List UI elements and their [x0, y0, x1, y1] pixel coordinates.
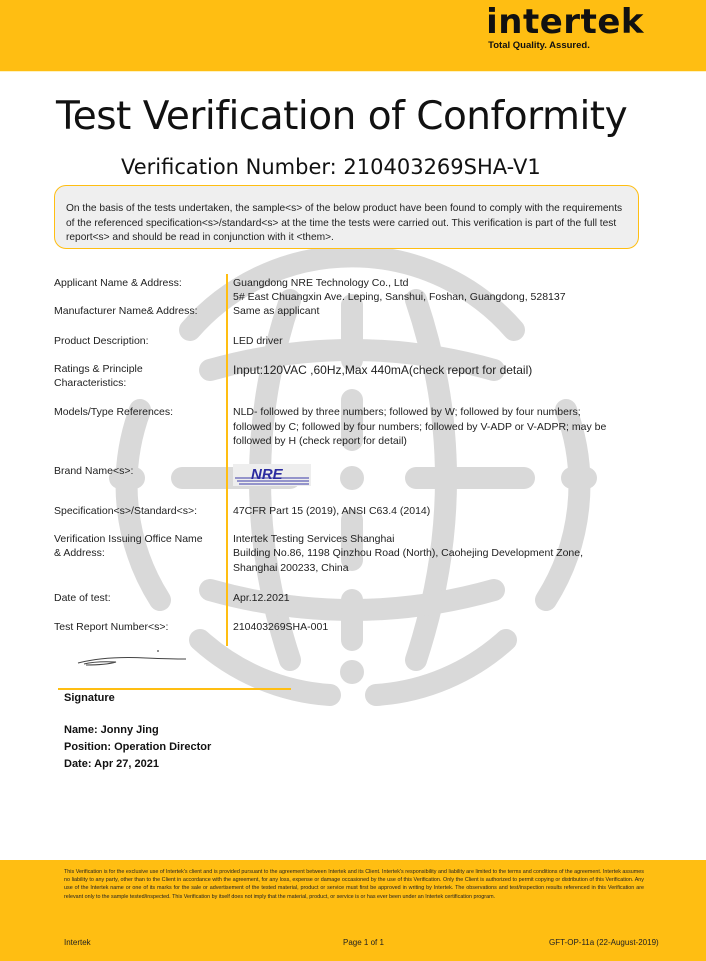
date-label: Date of test: [54, 591, 111, 605]
report-value: 210403269SHA-001 [233, 620, 653, 634]
svg-text:NRE: NRE [251, 466, 284, 483]
verification-number: Verification Number: 210403269SHA-V1 [121, 155, 541, 179]
header-divider [0, 71, 706, 72]
office-name: Intertek Testing Services Shanghai [233, 532, 653, 546]
brand-label: Brand Name<s>: [54, 464, 133, 478]
signature-scribble-icon [76, 648, 196, 668]
page-number: Page 1 of 1 [343, 938, 384, 947]
models-line-2: followed by C; followed by four numbers;… [233, 420, 653, 434]
applicant-address: 5# East Chuangxin Ave. Leping, Sanshui, … [233, 290, 653, 304]
form-code: GFT-OP-11a (22-August-2019) [549, 938, 659, 947]
signatory-block: Name: Jonny Jing Position: Operation Dir… [64, 722, 211, 773]
ratings-label-1: Ratings & Principle [54, 362, 143, 376]
office-address-1: Building No.86, 1198 Qinzhou Road (North… [233, 546, 653, 560]
product-value: LED driver [233, 334, 653, 348]
logo-wordmark: intertek [486, 2, 644, 42]
office-label-1: Verification Issuing Office Name [54, 532, 203, 546]
models-line-3: followed by H (check report for detail) [233, 434, 653, 448]
report-label: Test Report Number<s>: [54, 620, 168, 634]
ratings-label-2: Characteristics: [54, 376, 126, 390]
ratings-value: Input:120VAC ,60Hz,Max 440mA(check repor… [233, 363, 653, 377]
signature-line [58, 688, 291, 690]
footer-disclaimer: This Verification is for the exclusive u… [64, 868, 644, 901]
signature-date: Date: Apr 27, 2021 [64, 756, 211, 773]
globe-watermark-icon [0, 0, 706, 961]
manufacturer-label: Manufacturer Name& Address: [54, 304, 198, 318]
intro-statement: On the basis of the tests undertaken, th… [54, 185, 639, 249]
field-divider [226, 274, 228, 646]
intertek-logo: intertek Total Quality. Assured. [486, 2, 644, 51]
office-label-2: & Address: [54, 546, 105, 560]
models-label: Models/Type References: [54, 405, 173, 419]
product-label: Product Description: [54, 334, 149, 348]
page-title: Test Verification of Conformity [56, 94, 627, 139]
models-line-1: NLD- followed by three numbers; followed… [233, 405, 653, 419]
spec-label: Specification<s>/Standard<s>: [54, 504, 197, 518]
spec-value: 47CFR Part 15 (2019), ANSI C63.4 (2014) [233, 504, 653, 518]
date-value: Apr.12.2021 [233, 591, 653, 605]
applicant-name: Guangdong NRE Technology Co., Ltd [233, 276, 653, 290]
office-address-2: Shanghai 200233, China [233, 561, 653, 575]
applicant-label: Applicant Name & Address: [54, 276, 182, 290]
footer-company: Intertek [64, 938, 91, 947]
signature-title: Signature [64, 692, 115, 704]
nre-brand-logo-icon: NRE [233, 464, 311, 486]
signatory-position: Position: Operation Director [64, 739, 211, 756]
signatory-name: Name: Jonny Jing [64, 722, 211, 739]
manufacturer-value: Same as applicant [233, 304, 653, 318]
